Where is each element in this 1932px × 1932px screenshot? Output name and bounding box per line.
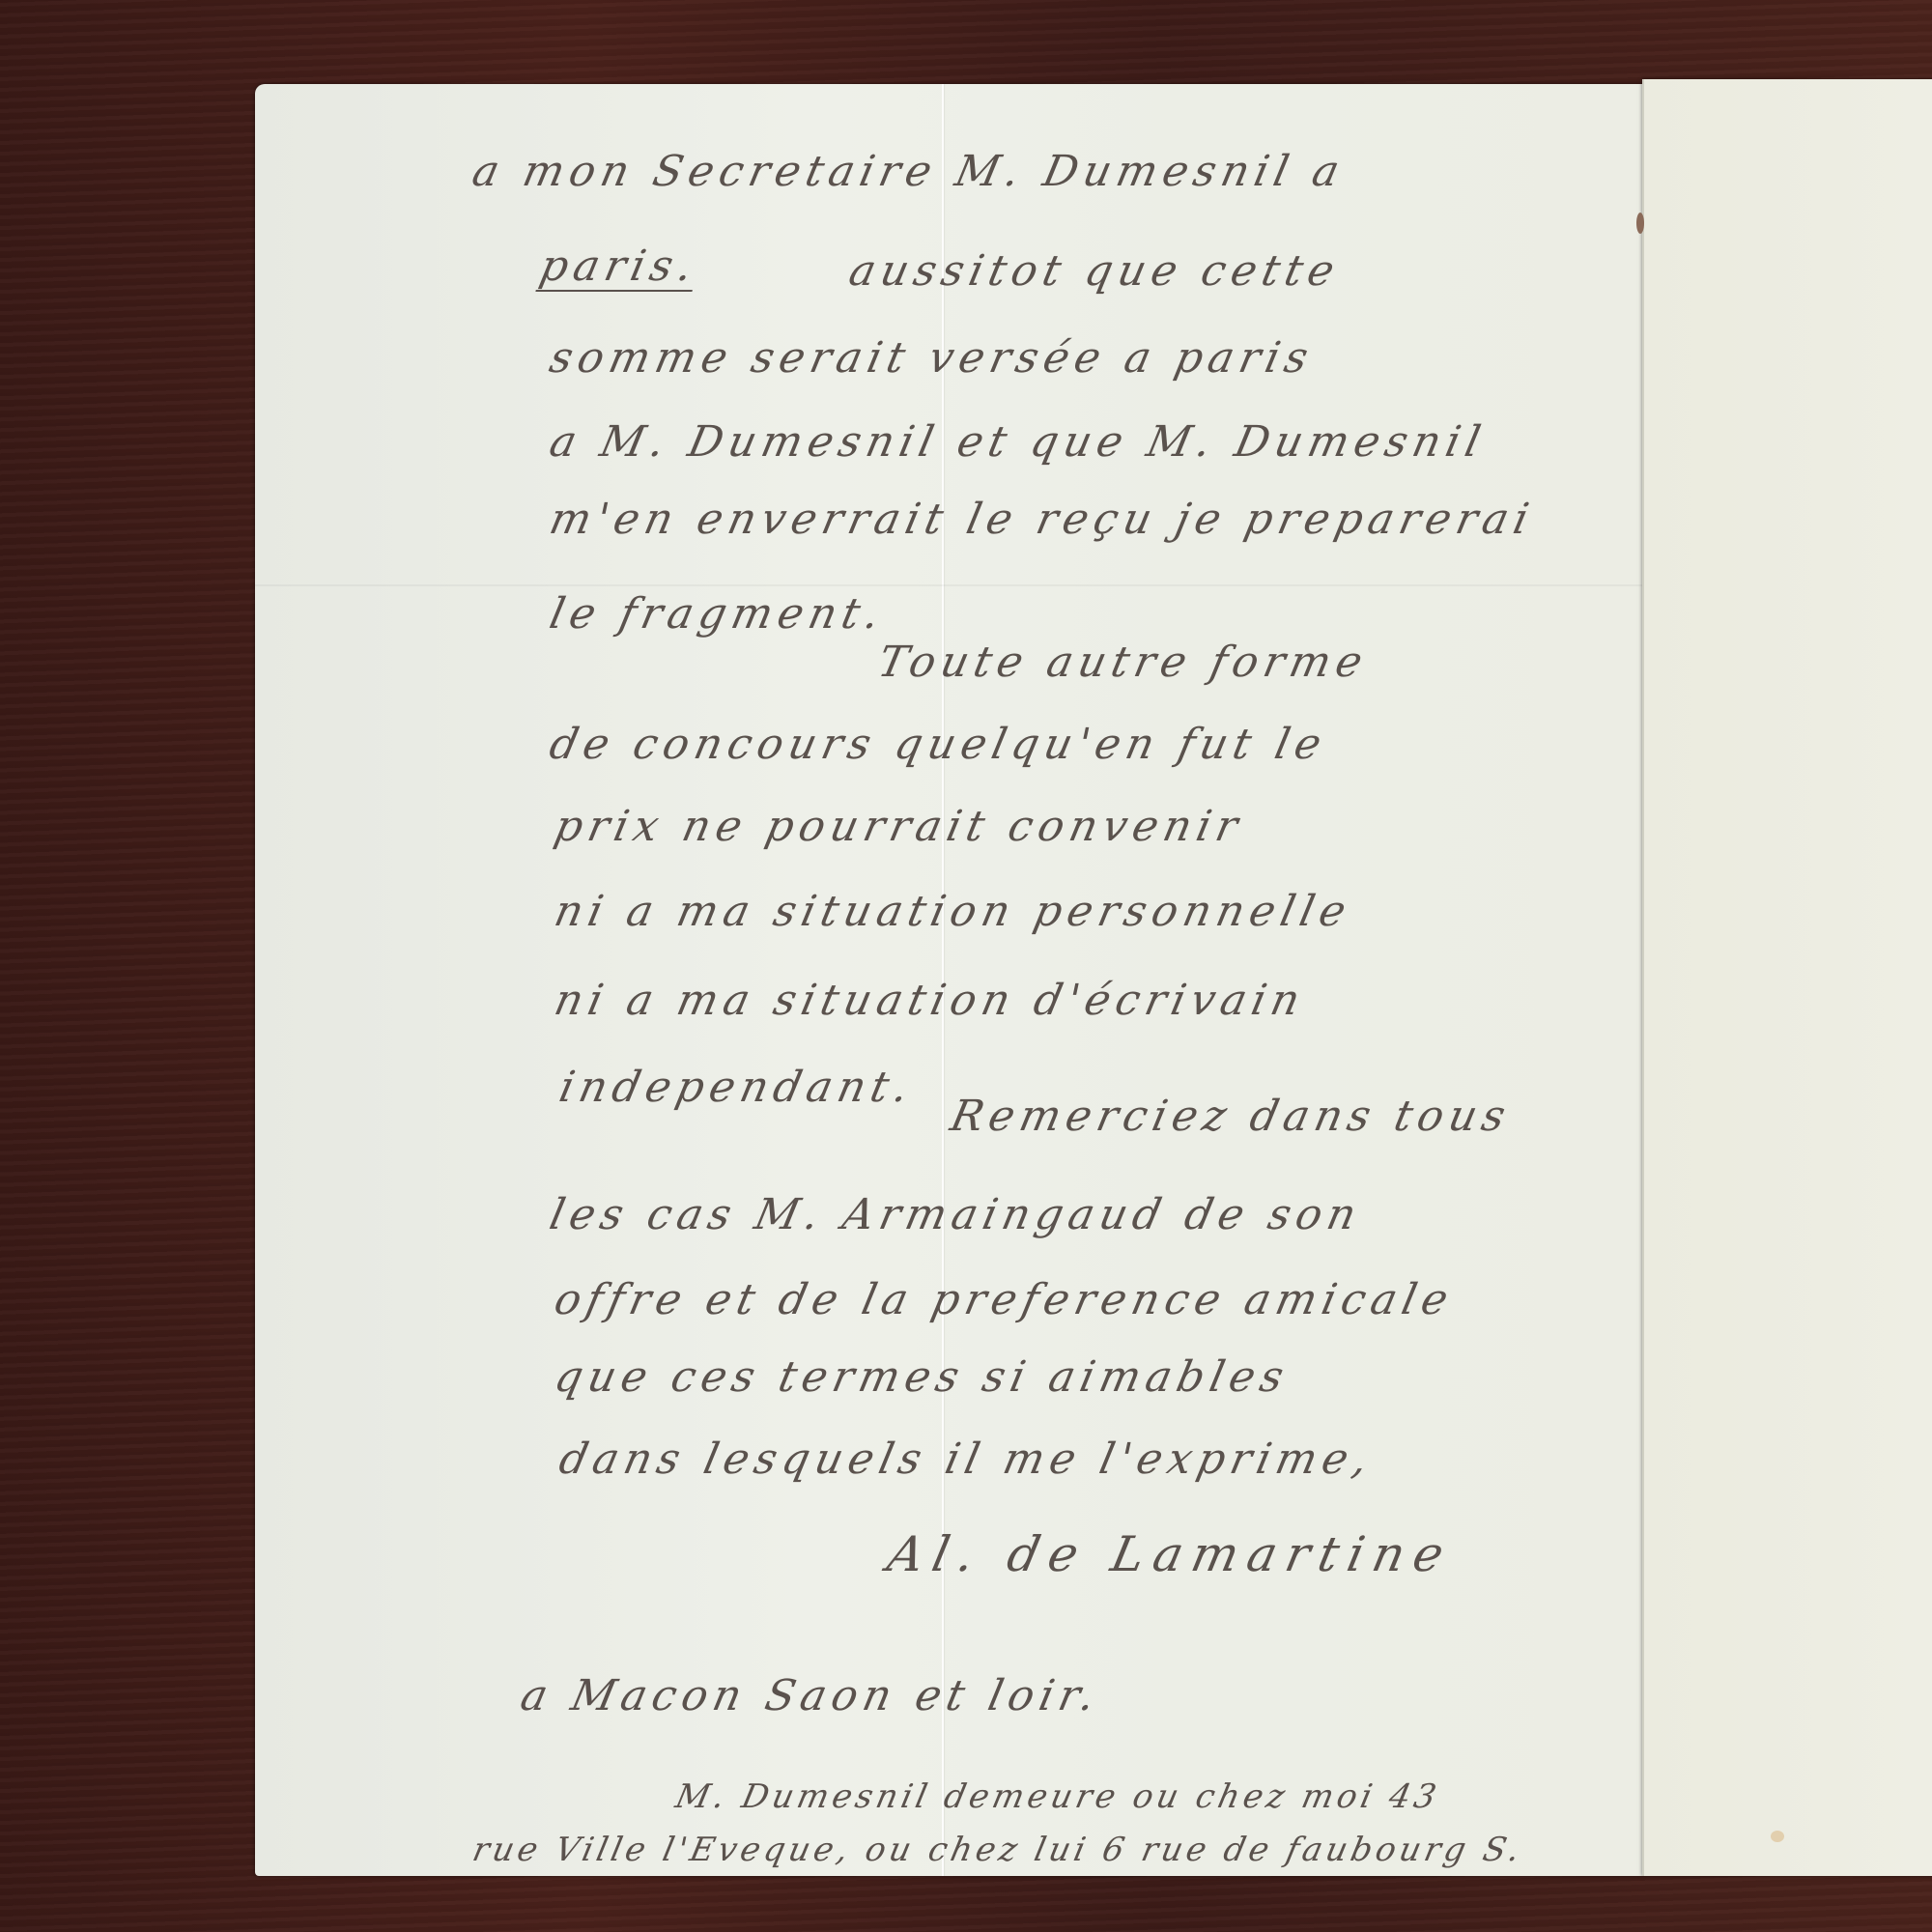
place-line: a Macon Saon et loir. xyxy=(517,1671,1106,1720)
postscript-line: rue Ville l'Eveque, ou chez lui 6 rue de… xyxy=(469,1831,1527,1869)
letter-line: Toute autre forme xyxy=(874,638,1373,687)
letter-line: aussitot que cette xyxy=(845,246,1345,296)
postscript-line: M. Dumesnil demeure ou chez moi 43 xyxy=(672,1777,1443,1816)
letter-line: ni a ma situation d'écrivain xyxy=(551,976,1310,1025)
letter-line: m'en enverrait le reçu je preparerai xyxy=(546,495,1539,544)
letter-line: prix ne pourrait convenir xyxy=(551,802,1248,851)
signature: Al. de Lamartine xyxy=(883,1526,1459,1582)
paper-stain xyxy=(1771,1831,1784,1842)
letter-line: ni a ma situation personnelle xyxy=(551,887,1356,936)
paper-stain xyxy=(1636,213,1644,234)
letter-sheet-back-fold xyxy=(1642,79,1932,1876)
letter-line: independant. xyxy=(555,1063,919,1112)
letter-line: a mon Secretaire M. Dumesnil a xyxy=(469,147,1350,196)
letter-line: que ces termes si aimables xyxy=(551,1352,1293,1402)
letter-line: somme serait versée a paris xyxy=(546,333,1319,383)
letter-line: les cas M. Armaingaud de son xyxy=(546,1190,1367,1239)
letter-line: a M. Dumesnil et que M. Dumesnil xyxy=(546,417,1491,467)
letter-line: offre et de la preference amicale xyxy=(551,1275,1459,1324)
letter-line: dans lesquels il me l'exprime, xyxy=(555,1435,1378,1484)
letter-line: paris. xyxy=(536,241,703,291)
letter-line: Remerciez dans tous xyxy=(947,1092,1516,1141)
letter-line: de concours quelqu'en fut le xyxy=(546,720,1332,769)
letter-line: le fragment. xyxy=(546,589,890,639)
horizontal-fold-crease xyxy=(255,584,1642,586)
